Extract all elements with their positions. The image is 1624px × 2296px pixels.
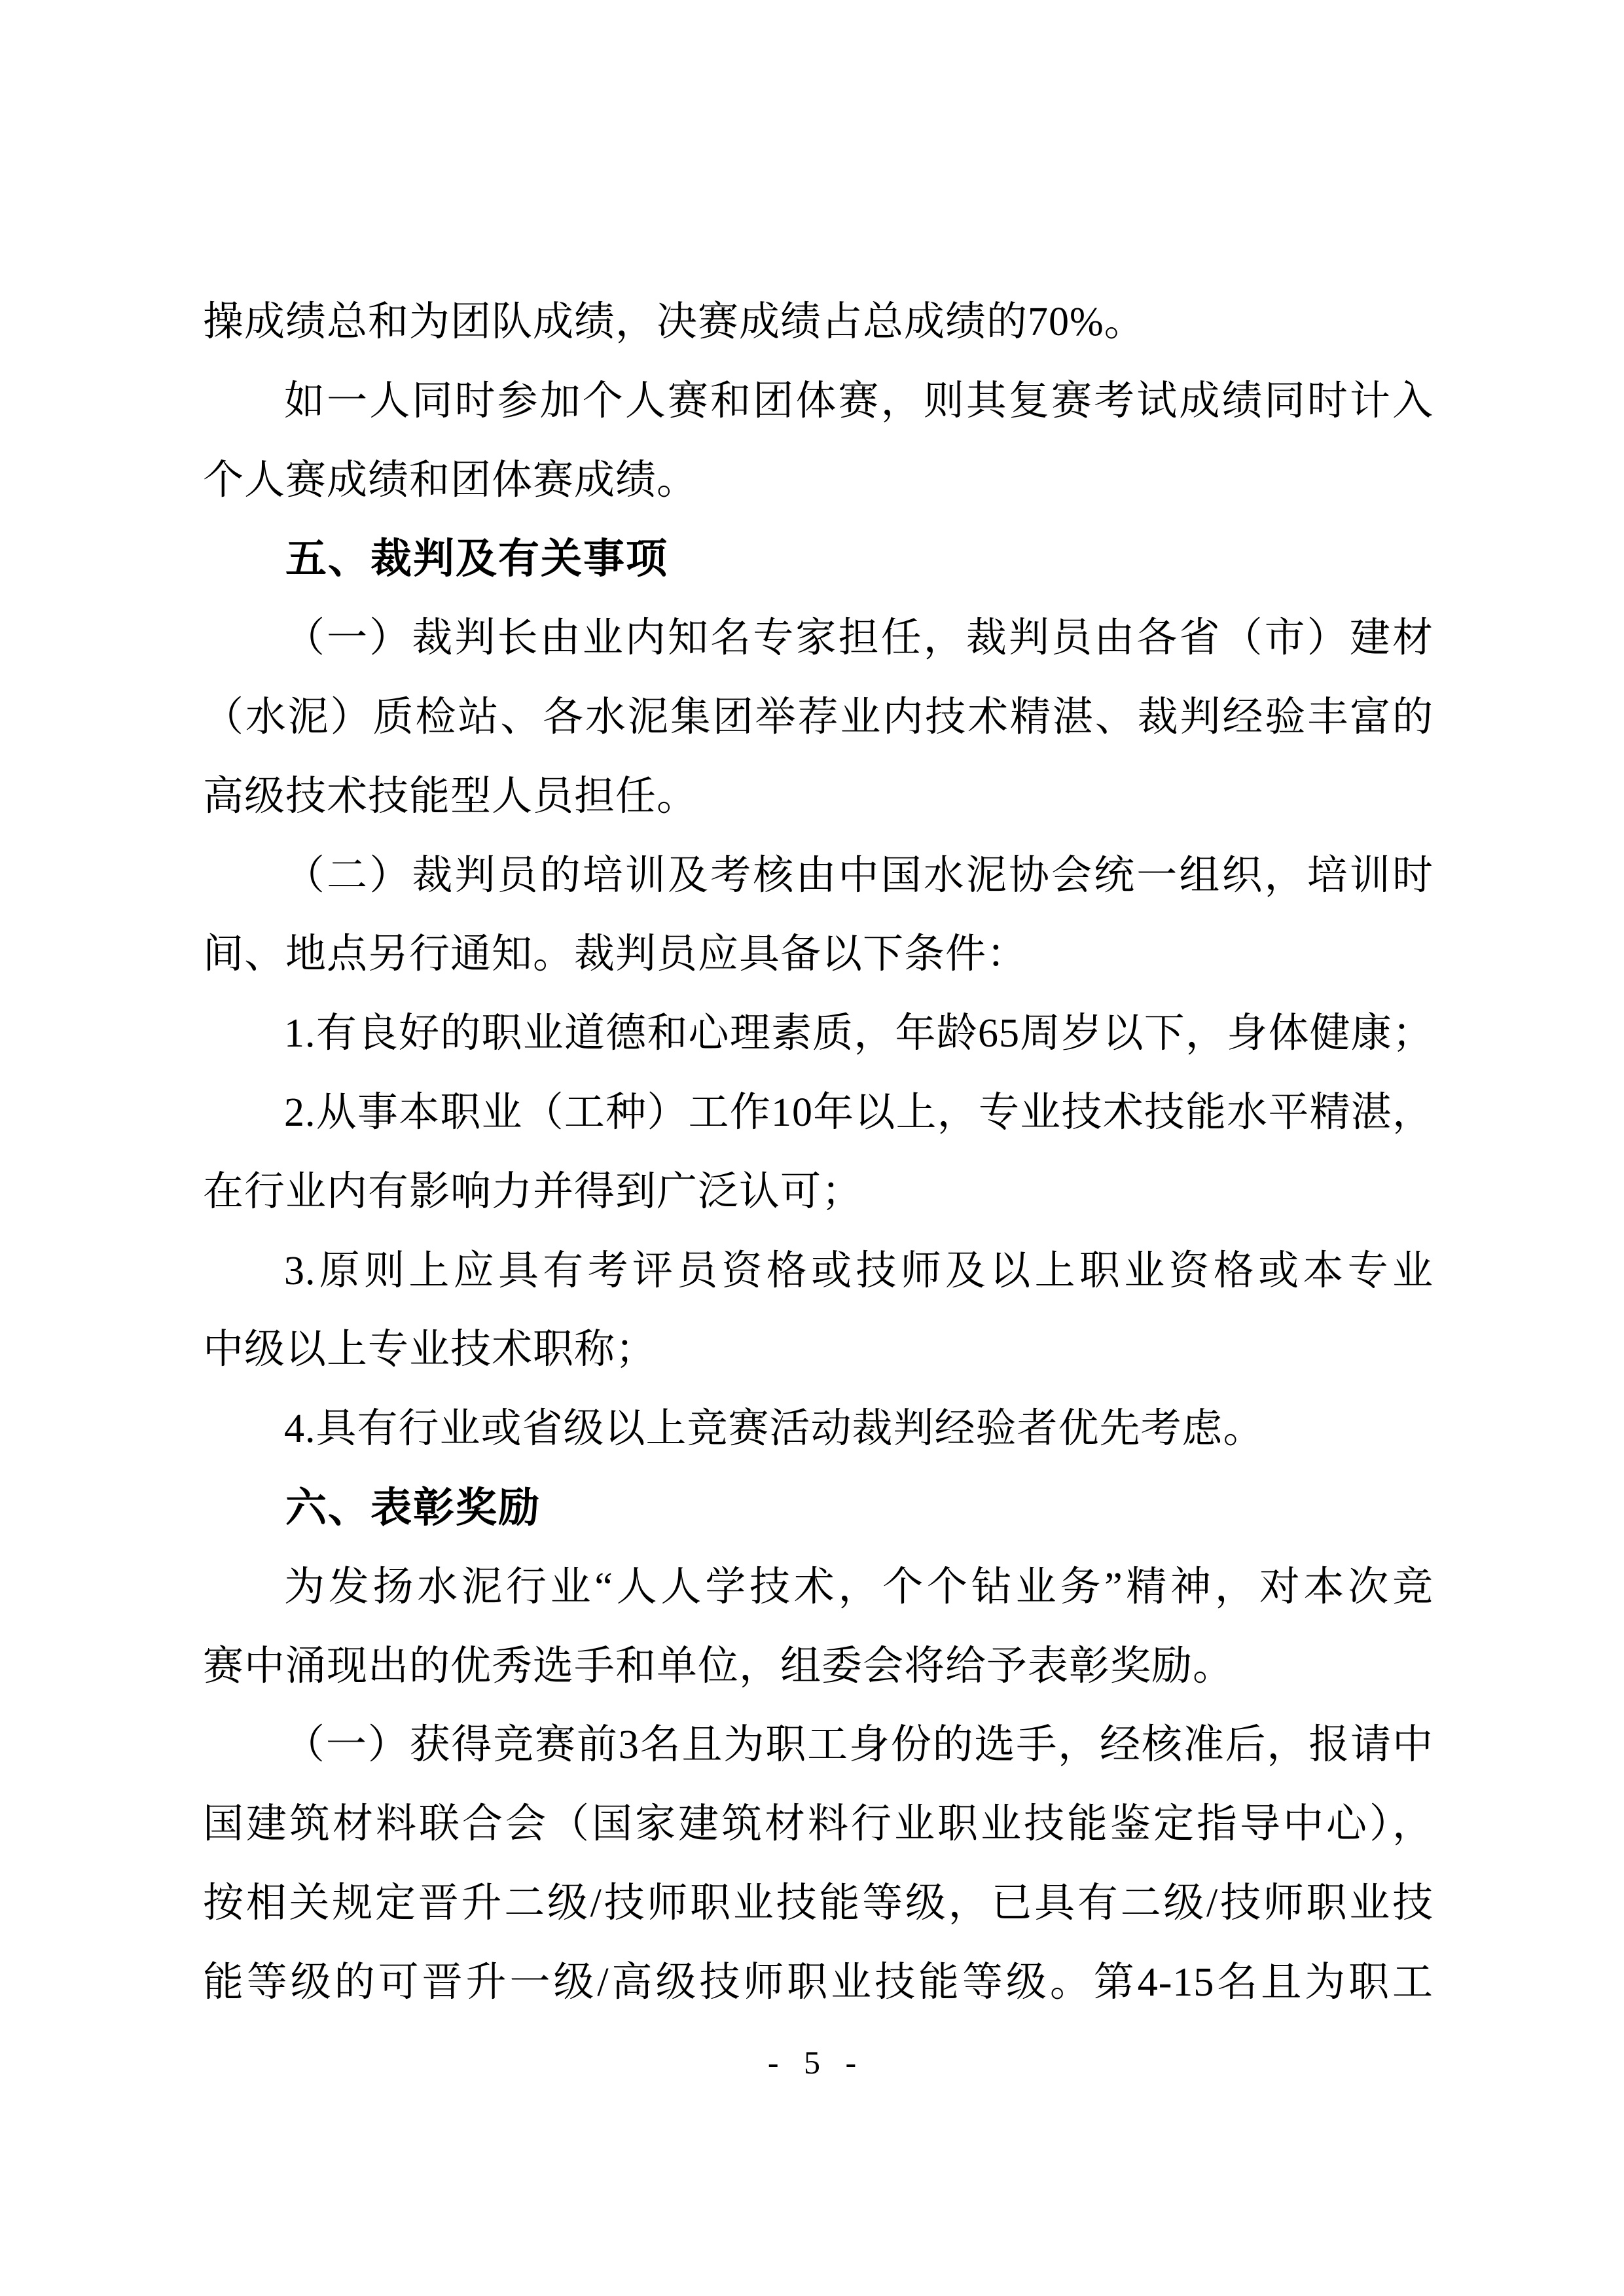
- text-line: 如一人同时参加个人赛和团体赛，则其复赛考试成绩同时计入: [203, 362, 1434, 441]
- text-line: 间、地点另行通知。裁判员应具备以下条件：: [203, 915, 1434, 994]
- section-heading: 六、表彰奖励: [203, 1469, 1434, 1548]
- text-line: 个人赛成绩和团体赛成绩。: [203, 441, 1434, 520]
- text-line: 为发扬水泥行业“人人学技术，个个钻业务”精神，对本次竞: [203, 1548, 1434, 1627]
- text-line: 2.从事本职业（工种）工作10年以上，专业技术技能水平精湛，: [203, 1073, 1434, 1153]
- text-line: 中级以上专业技术职称；: [203, 1310, 1434, 1390]
- text-line: 按相关规定晋升二级/技师职业技能等级，已具有二级/技师职业技: [203, 1864, 1434, 1943]
- text-line: 3.原则上应具有考评员资格或技师及以上职业资格或本专业: [203, 1232, 1434, 1311]
- text-line: 赛中涌现出的优秀选手和单位，组委会将给予表彰奖励。: [203, 1627, 1434, 1706]
- text-line: 国建筑材料联合会（国家建筑材料行业职业技能鉴定指导中心），: [203, 1785, 1434, 1864]
- page-number: - 5 -: [0, 2043, 1624, 2081]
- text-line: 4.具有行业或省级以上竞赛活动裁判经验者优先考虑。: [203, 1390, 1434, 1469]
- text-line: （二）裁判员的培训及考核由中国水泥协会统一组织，培训时: [203, 836, 1434, 916]
- text-line: 操成绩总和为团队成绩，决赛成绩占总成绩的70%。: [203, 283, 1434, 362]
- text-line: 在行业内有影响力并得到广泛认可；: [203, 1153, 1434, 1232]
- text-line: 1.有良好的职业道德和心理素质，年龄65周岁以下，身体健康；: [203, 994, 1434, 1073]
- text-line: 高级技术技能型人员担任。: [203, 757, 1434, 836]
- document-body: 操成绩总和为团队成绩，决赛成绩占总成绩的70%。如一人同时参加个人赛和团体赛，则…: [203, 283, 1434, 2022]
- section-heading: 五、裁判及有关事项: [203, 520, 1434, 599]
- text-line: （水泥）质检站、各水泥集团举荐业内技术精湛、裁判经验丰富的: [203, 678, 1434, 757]
- text-line: （一）裁判长由业内知名专家担任，裁判员由各省（市）建材: [203, 599, 1434, 678]
- text-line: 能等级的可晋升一级/高级技师职业技能等级。第4-15名且为职工: [203, 1943, 1434, 2022]
- document-page: 操成绩总和为团队成绩，决赛成绩占总成绩的70%。如一人同时参加个人赛和团体赛，则…: [0, 0, 1624, 2296]
- text-line: （一）获得竞赛前3名且为职工身份的选手，经核准后，报请中: [203, 1706, 1434, 1785]
